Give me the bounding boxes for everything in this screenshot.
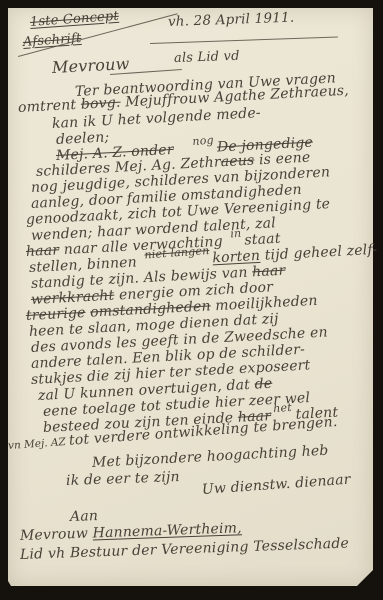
photographed-letter: 1ste Concept Afschrift vh. 28 April 1911… — [0, 0, 383, 600]
letter-line: ik de eer te zijn — [66, 470, 180, 488]
text-segment: Aan — [70, 508, 99, 525]
inserted-text: het — [273, 402, 292, 414]
membership-note: als Lid vd — [174, 50, 240, 65]
inserted-text: niet langen — [144, 245, 210, 261]
text-segment: omtrent — [18, 97, 82, 116]
strikethrough-text: haar — [26, 242, 60, 260]
letter-line: deelen; — [56, 130, 110, 147]
inserted-text: in — [230, 228, 242, 240]
strikethrough-text: de — [254, 376, 272, 393]
strikethrough-text: bovg. — [81, 95, 122, 113]
text-segment: staat — [244, 231, 281, 249]
letter-line: Aan — [70, 509, 99, 524]
text-segment: Mevrouw — [20, 525, 93, 544]
strikethrough-text: haar — [252, 263, 286, 281]
spacer — [174, 153, 190, 154]
inserted-text: nog — [192, 135, 214, 147]
